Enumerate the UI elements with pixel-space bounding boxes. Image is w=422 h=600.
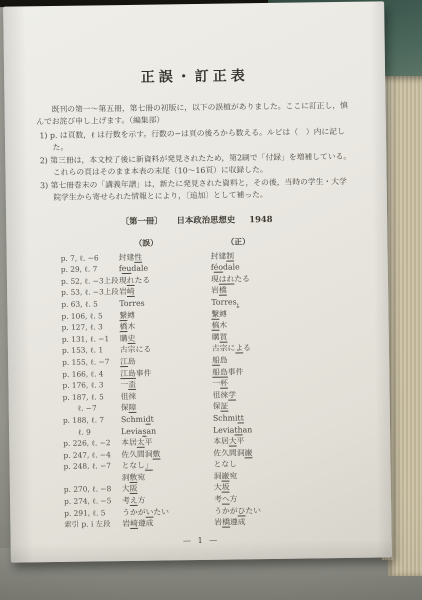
ref-cell: p. 7, ℓ. −6 — [61, 252, 119, 264]
ref-cell: p. 53, ℓ. −3上段 — [61, 286, 119, 298]
ref-cell: p. 226, ℓ. −2 — [63, 437, 121, 449]
ref-cell: p. 106, ℓ. 5 — [61, 310, 119, 322]
ref-cell: p. 131, ℓ. −1 — [62, 333, 120, 345]
page-number: — 1 — — [11, 533, 392, 547]
ref-cell: p. 63, ℓ. 5 — [61, 298, 119, 310]
ref-cell — [64, 472, 122, 484]
errata-photo: 正誤・訂正表 既刊の第一〜第五冊，第七冊の初版に，以下の誤植がありました。ここに… — [0, 0, 422, 600]
ref-cell: p. 127, ℓ. 3 — [62, 321, 120, 333]
ref-header — [60, 238, 118, 250]
intro-paragraph: 既刊の第一〜第五冊，第七冊の初版に，以下の誤植がありました。ここに訂正し，慎んで… — [36, 100, 354, 128]
page-title: 正誤・訂正表 — [4, 63, 385, 88]
ref-cell: ℓ. 9 — [63, 426, 121, 438]
ref-cell: p. 247, ℓ. −4 — [63, 449, 121, 461]
errata-sheet: 正誤・訂正表 既刊の第一〜第五冊，第七冊の初版に，以下の誤植がありました。ここに… — [3, 1, 392, 562]
ref-cell: p. 187, ℓ. 5 — [63, 391, 121, 403]
volume-year: 1948 — [249, 214, 272, 224]
ref-cell: p. 291, ℓ. 5 — [64, 507, 122, 519]
ref-cell: p. 52, ℓ. −3上段 — [61, 275, 119, 287]
wrong-column-header: （誤） — [118, 237, 210, 250]
ref-cell: p. 155, ℓ. −7 — [62, 356, 120, 368]
note-item: 2) 第三冊は，本文校了後に新資料が発見されたため，第2刷で「付録」を増補してい… — [40, 151, 352, 179]
ref-cell: p. 270, ℓ. −8 — [64, 484, 122, 496]
correct-column-header: （正） — [210, 234, 387, 248]
ref-cell: p. 29, ℓ. 7 — [61, 263, 119, 275]
ref-cell: 索引 p. i 左段 — [64, 518, 122, 530]
wrong-cell: 岩崎遵成 — [122, 517, 214, 530]
ref-cell: p. 248, ℓ. −7 — [63, 460, 121, 472]
ref-cell: p. 153, ℓ. 1 — [62, 344, 120, 356]
note-item: 1) p. は頁数，ℓ は行数を示す。行数の−は頁の後ろから数える。ルビは（ ）… — [39, 126, 351, 154]
volume-title: 日本政治思想史 — [177, 214, 236, 225]
ref-cell: p. 188, ℓ. 7 — [63, 414, 121, 426]
correct-cell: 岩橋遵成 — [214, 515, 391, 529]
ref-cell: ℓ. −7 — [63, 402, 121, 414]
ref-cell: p. 176, ℓ. 3 — [62, 379, 120, 391]
errata-rows: p. 7, ℓ. −6封建性封建制p. 29, ℓ. 7feudaleféoda… — [7, 248, 392, 532]
note-item: 3) 第七冊巻末の「講義年譜」は，新たに発見された資料と，その後，当時の学生・大… — [40, 176, 352, 204]
ref-cell: p. 166, ℓ. 4 — [62, 368, 120, 380]
notes-list: 1) p. は頁数，ℓ は行数を示す。行数の−は頁の後ろから数える。ルビは（ ）… — [39, 126, 352, 204]
volume-header: 〔第一冊〕日本政治思想史1948 — [6, 211, 387, 228]
volume-label: 〔第一冊〕 — [121, 215, 163, 226]
ref-cell: p. 274, ℓ. −5 — [64, 495, 122, 507]
sheet-content: 正誤・訂正表 既刊の第一〜第五冊，第七冊の初版に，以下の誤植がありました。ここに… — [3, 1, 392, 547]
